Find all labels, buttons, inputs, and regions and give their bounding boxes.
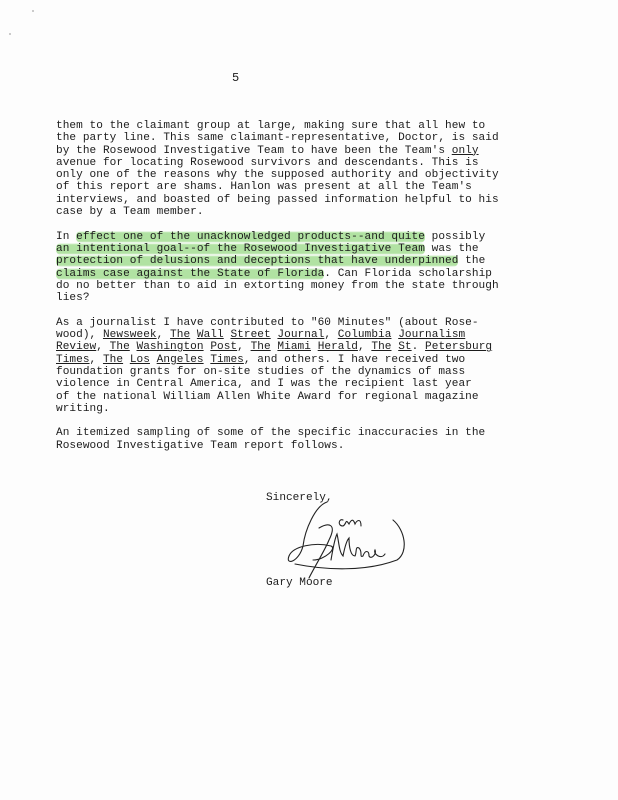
text-segment: . Can Florida scholarship <box>324 268 492 280</box>
text-line: the party line. This same claimant-repre… <box>56 132 596 144</box>
page-number: 5 <box>232 71 239 85</box>
paragraph: them to the claimant group at large, mak… <box>56 120 596 218</box>
underlined-title: St <box>398 341 411 353</box>
text-segment: of this report are shams. Hanlon was pre… <box>56 181 472 193</box>
underlined-title: The <box>110 341 130 353</box>
letter-body: them to the claimant group at large, mak… <box>56 120 596 464</box>
text-segment: , <box>237 341 250 353</box>
text-segment <box>190 329 197 341</box>
underlined-title: Journal <box>277 329 324 341</box>
text-segment: lies? <box>56 292 90 304</box>
text-segment: only one of the reasons why the supposed… <box>56 169 499 181</box>
text-segment: As a journalist I have contributed to "6… <box>56 317 479 329</box>
text-segment: , <box>90 354 103 366</box>
text-segment: , and others. I have received two <box>244 354 465 366</box>
text-segment: do no better than to aid in extorting mo… <box>56 280 499 292</box>
text-line: foundation grants for on-site studies of… <box>56 366 596 378</box>
text-segment: , <box>96 341 109 353</box>
underlined-title: Washington <box>137 341 204 353</box>
paragraph: An itemized sampling of some of the spec… <box>56 427 596 452</box>
underlined-title: Los <box>130 354 150 366</box>
text-segment <box>130 341 137 353</box>
text-segment <box>150 354 157 366</box>
text-segment: by the Rosewood Investigative Team to ha… <box>56 145 452 157</box>
underlined-title: The <box>251 341 271 353</box>
text-line: them to the claimant group at large, mak… <box>56 120 596 132</box>
text-line: interviews, and boasted of being passed … <box>56 194 596 206</box>
paragraph: As a journalist I have contributed to "6… <box>56 317 596 415</box>
text-segment: was the <box>425 243 479 255</box>
text-line: protection of delusions and deceptions t… <box>56 255 596 267</box>
text-line: avenue for locating Rosewood survivors a… <box>56 157 596 169</box>
underlined-title: Angeles <box>157 354 204 366</box>
underlined-title: Post <box>210 341 237 353</box>
text-line: An itemized sampling of some of the spec… <box>56 427 596 439</box>
highlighted-text: effect one of the unacknowledged product… <box>76 231 425 243</box>
signer-name: Gary Moore <box>266 577 333 589</box>
text-segment: foundation grants for on-site studies of… <box>56 366 465 378</box>
highlighted-text: an intentional goal--of the Rosewood Inv… <box>56 243 425 255</box>
underlined-title: Street <box>230 329 270 341</box>
underlined-title: Times <box>56 354 90 366</box>
text-line: an intentional goal--of the Rosewood Inv… <box>56 243 596 255</box>
underlined-title: The <box>371 341 391 353</box>
text-line: case by a Team member. <box>56 206 596 218</box>
underlined-title: Journalism <box>398 329 465 341</box>
underlined-title: Wall <box>197 329 224 341</box>
scan-speck <box>32 10 34 12</box>
text-line: violence in Central America, and I was t… <box>56 378 596 390</box>
text-line: lies? <box>56 292 596 304</box>
text-segment <box>311 341 318 353</box>
underlined-title: The <box>103 354 123 366</box>
underlined-title: Miami <box>277 341 311 353</box>
underlined-title: Review <box>56 341 96 353</box>
text-line: only one of the reasons why the supposed… <box>56 169 596 181</box>
text-segment: the party line. This same claimant-repre… <box>56 132 499 144</box>
text-segment: interviews, and boasted of being passed … <box>56 194 499 206</box>
text-line: Times, The Los Angeles Times, and others… <box>56 354 596 366</box>
text-segment: . <box>412 341 425 353</box>
text-segment: violence in Central America, and I was t… <box>56 378 472 390</box>
text-segment: writing. <box>56 403 110 415</box>
text-line: Review, The Washington Post, The Miami H… <box>56 341 596 353</box>
text-segment <box>123 354 130 366</box>
text-segment: In <box>56 231 76 243</box>
text-line: of the national William Allen White Awar… <box>56 391 596 403</box>
text-line: As a journalist I have contributed to "6… <box>56 317 596 329</box>
text-line: of this report are shams. Hanlon was pre… <box>56 181 596 193</box>
text-line: wood), Newsweek, The Wall Street Journal… <box>56 329 596 341</box>
underlined-title: Times <box>210 354 244 366</box>
text-segment: of the national William Allen White Awar… <box>56 391 479 403</box>
text-line: writing. <box>56 403 596 415</box>
text-line: by the Rosewood Investigative Team to ha… <box>56 145 596 157</box>
scan-speck <box>9 33 11 35</box>
text-segment: , <box>358 341 371 353</box>
text-segment: possibly <box>425 231 485 243</box>
text-segment: , <box>324 329 337 341</box>
text-segment: An itemized sampling of some of the spec… <box>56 427 485 439</box>
underlined-title: The <box>170 329 190 341</box>
underlined-title: Herald <box>318 341 358 353</box>
highlighted-text: protection of delusions and deceptions t… <box>56 255 458 267</box>
paragraph: In effect one of the unacknowledged prod… <box>56 231 596 305</box>
text-segment: the <box>458 255 485 267</box>
signature-icon <box>285 500 415 580</box>
underlined-title: only <box>452 145 479 157</box>
text-segment: case by a Team member. <box>56 206 204 218</box>
text-line: do no better than to aid in extorting mo… <box>56 280 596 292</box>
text-line: claims case against the State of Florida… <box>56 268 596 280</box>
underlined-title: Columbia <box>338 329 392 341</box>
text-segment: Rosewood Investigative Team report follo… <box>56 440 344 452</box>
highlighted-text: claims case against the State of Florida <box>56 268 324 280</box>
text-line: Rosewood Investigative Team report follo… <box>56 440 596 452</box>
text-segment: wood), <box>56 329 103 341</box>
text-segment: avenue for locating Rosewood survivors a… <box>56 157 479 169</box>
text-segment: , <box>157 329 170 341</box>
underlined-title: Petersburg <box>425 341 492 353</box>
text-line: In effect one of the unacknowledged prod… <box>56 231 596 243</box>
underlined-title: Newsweek <box>103 329 157 341</box>
text-segment: them to the claimant group at large, mak… <box>56 120 485 132</box>
